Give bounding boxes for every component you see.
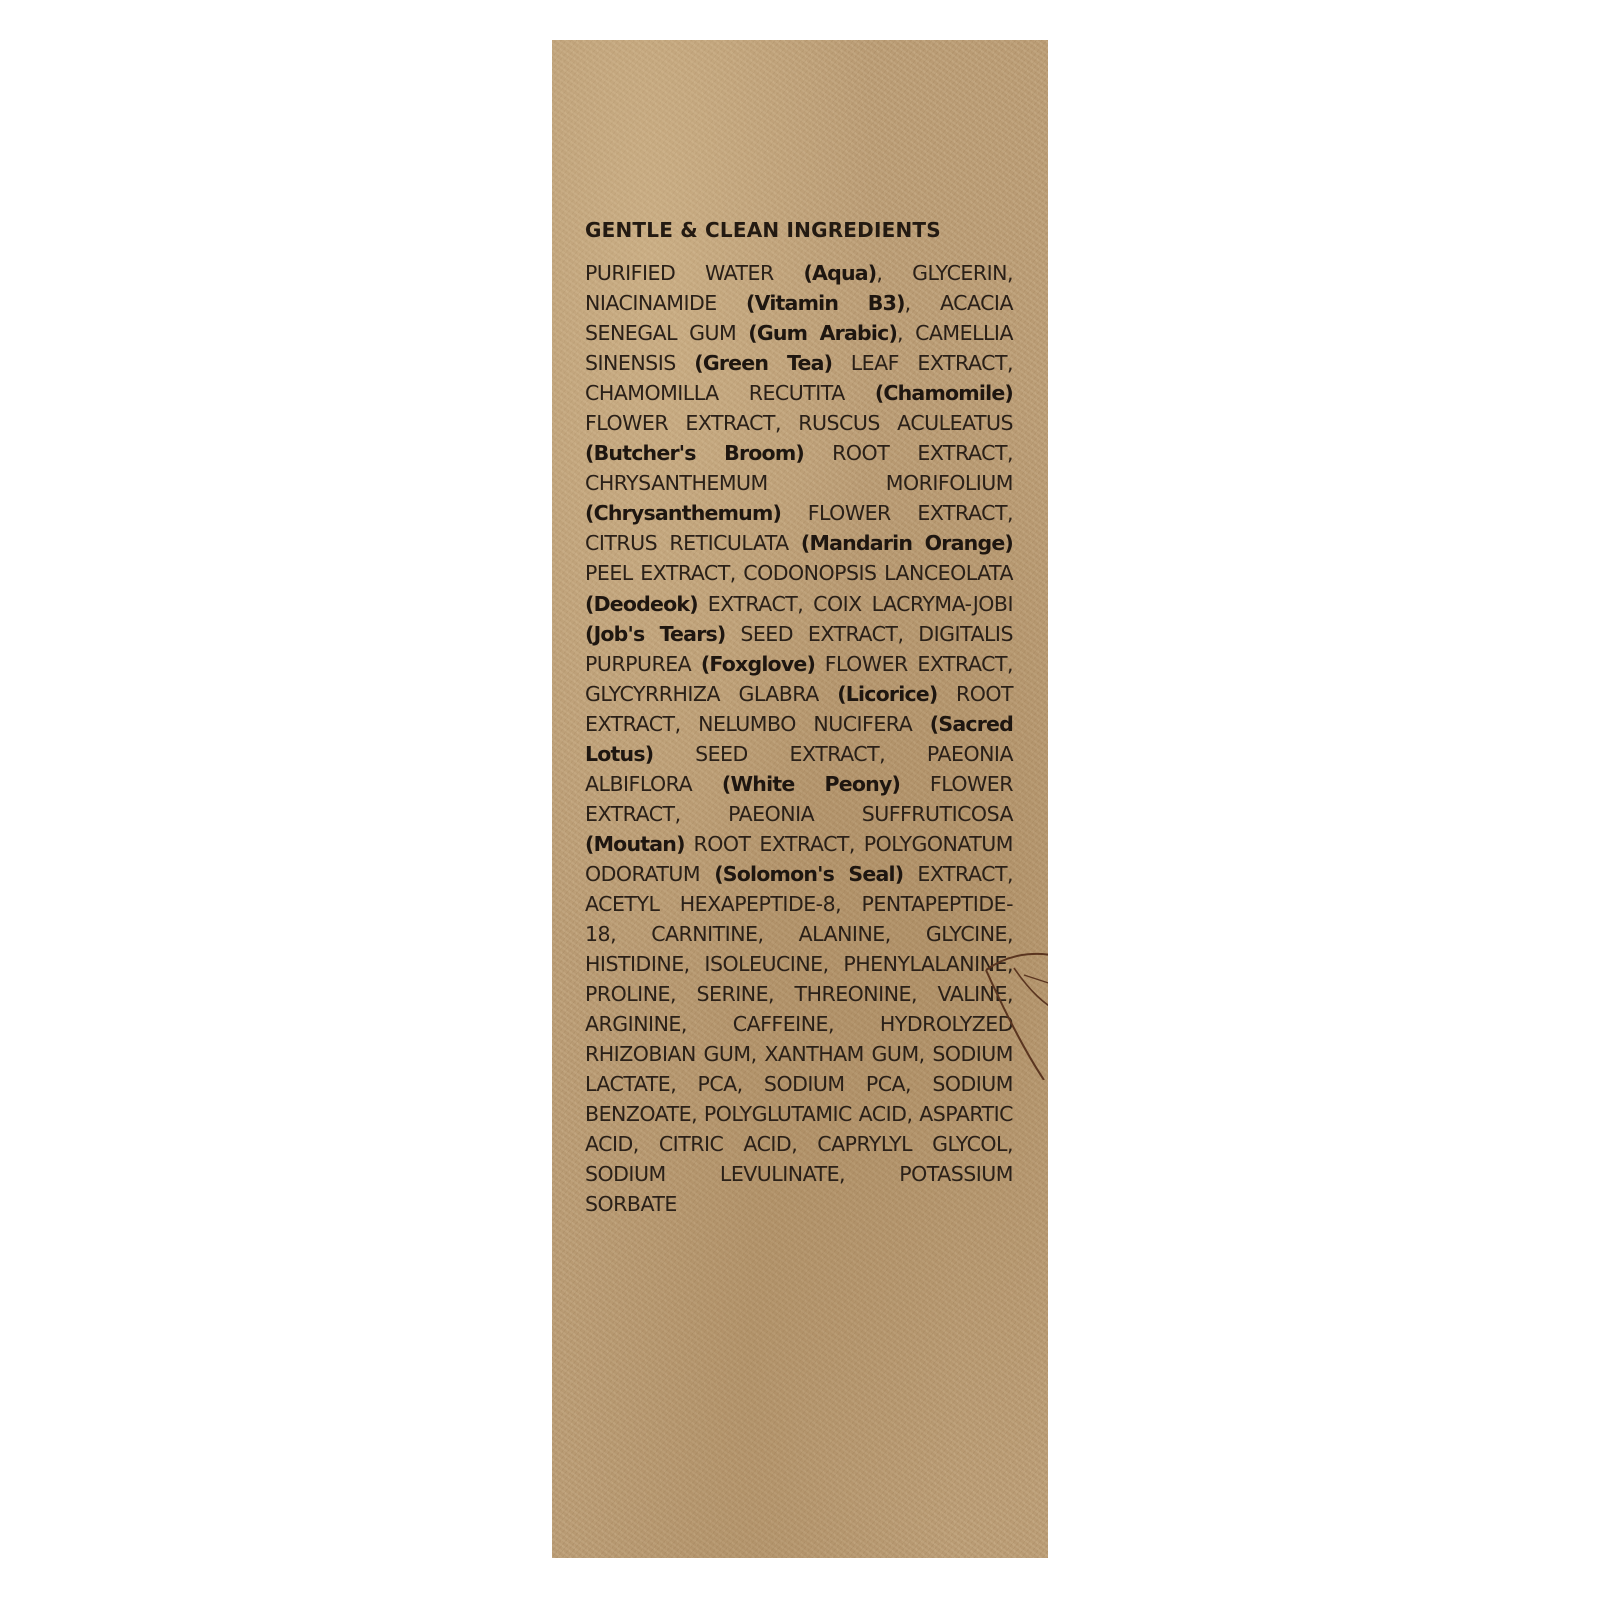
ingredient-text: PURIFIED WATER [585, 261, 803, 285]
ingredients-list: PURIFIED WATER (Aqua), GLYCERIN, NIACINA… [585, 258, 1013, 1220]
ingredient-common-name: (Licorice) [837, 682, 937, 706]
ingredient-common-name: (Gum Arabic) [748, 321, 897, 345]
ingredient-text: PEEL EXTRACT, CODONOPSIS LANCEOLATA [585, 561, 1013, 585]
leaf-outline-icon [984, 880, 1048, 1080]
ingredient-common-name: (Chamomile) [875, 381, 1013, 405]
ingredient-common-name: (Foxglove) [701, 652, 815, 676]
ingredient-common-name: (White Peony) [722, 772, 900, 796]
ingredients-heading: GENTLE & CLEAN INGREDIENTS [585, 218, 1015, 242]
ingredient-text: FLOWER EXTRACT, RUSCUS ACULEATUS [585, 411, 1013, 435]
ingredient-common-name: (Butcher's Broom) [585, 441, 804, 465]
ingredient-common-name: (Job's Tears) [585, 622, 725, 646]
ingredient-common-name: (Solomon's Seal) [714, 862, 903, 886]
ingredient-common-name: (Moutan) [585, 832, 685, 856]
ingredient-common-name: (Chrysanthemum) [585, 501, 781, 525]
ingredient-common-name: (Deodeok) [585, 592, 698, 616]
ingredient-text: EXTRACT, COIX LACRYMA-JOBI [698, 592, 1013, 616]
ingredient-text: EXTRACT, ACETYL HEXAPEPTIDE-8, PENTAPEPT… [585, 862, 1013, 1217]
ingredients-label-panel: GENTLE & CLEAN INGREDIENTS PURIFIED WATE… [552, 40, 1048, 1558]
ingredient-common-name: (Green Tea) [694, 351, 832, 375]
ingredient-common-name: (Aqua) [803, 261, 876, 285]
ingredient-common-name: (Vitamin B3) [746, 291, 905, 315]
ingredient-common-name: (Mandarin Orange) [801, 531, 1013, 555]
